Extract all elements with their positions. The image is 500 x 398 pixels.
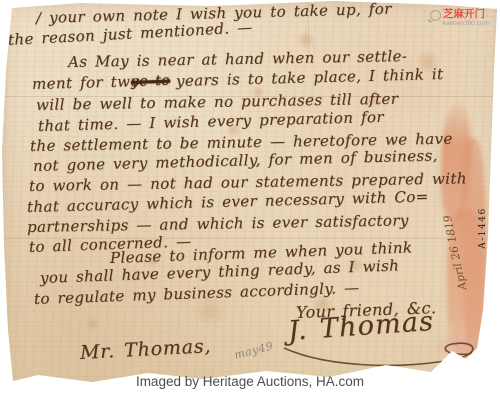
letter-line: partnerships — and which is ever satisfa… — [27, 211, 409, 236]
watermark-url: kaimen360.com — [443, 21, 489, 28]
margin-note: A-1446 — [478, 158, 488, 298]
stain-spot — [85, 318, 101, 330]
letter-line: ment for two — [32, 72, 140, 93]
scanned-letter-photo: ∕ your own note I wish you to take up, f… — [0, 0, 500, 398]
watermark-chars: 芝麻开门 — [443, 9, 489, 20]
topright-watermark: 芝麻开门 kaimen360.com — [430, 9, 489, 27]
letter-line: ye to — [131, 73, 171, 90]
signature-flourish — [278, 336, 490, 372]
stain-spot — [295, 32, 317, 48]
heritage-watermark: Imaged by Heritage Auctions, HA.com — [0, 374, 500, 389]
letter-paper: ∕ your own note I wish you to take up, f… — [0, 0, 500, 392]
magnifier-icon — [430, 10, 441, 21]
letter-line: years is to take place, I think it — [176, 65, 444, 90]
pencil-annotation: may49 — [233, 339, 275, 361]
addressee-line: Mr. Thomas, — [79, 335, 211, 364]
